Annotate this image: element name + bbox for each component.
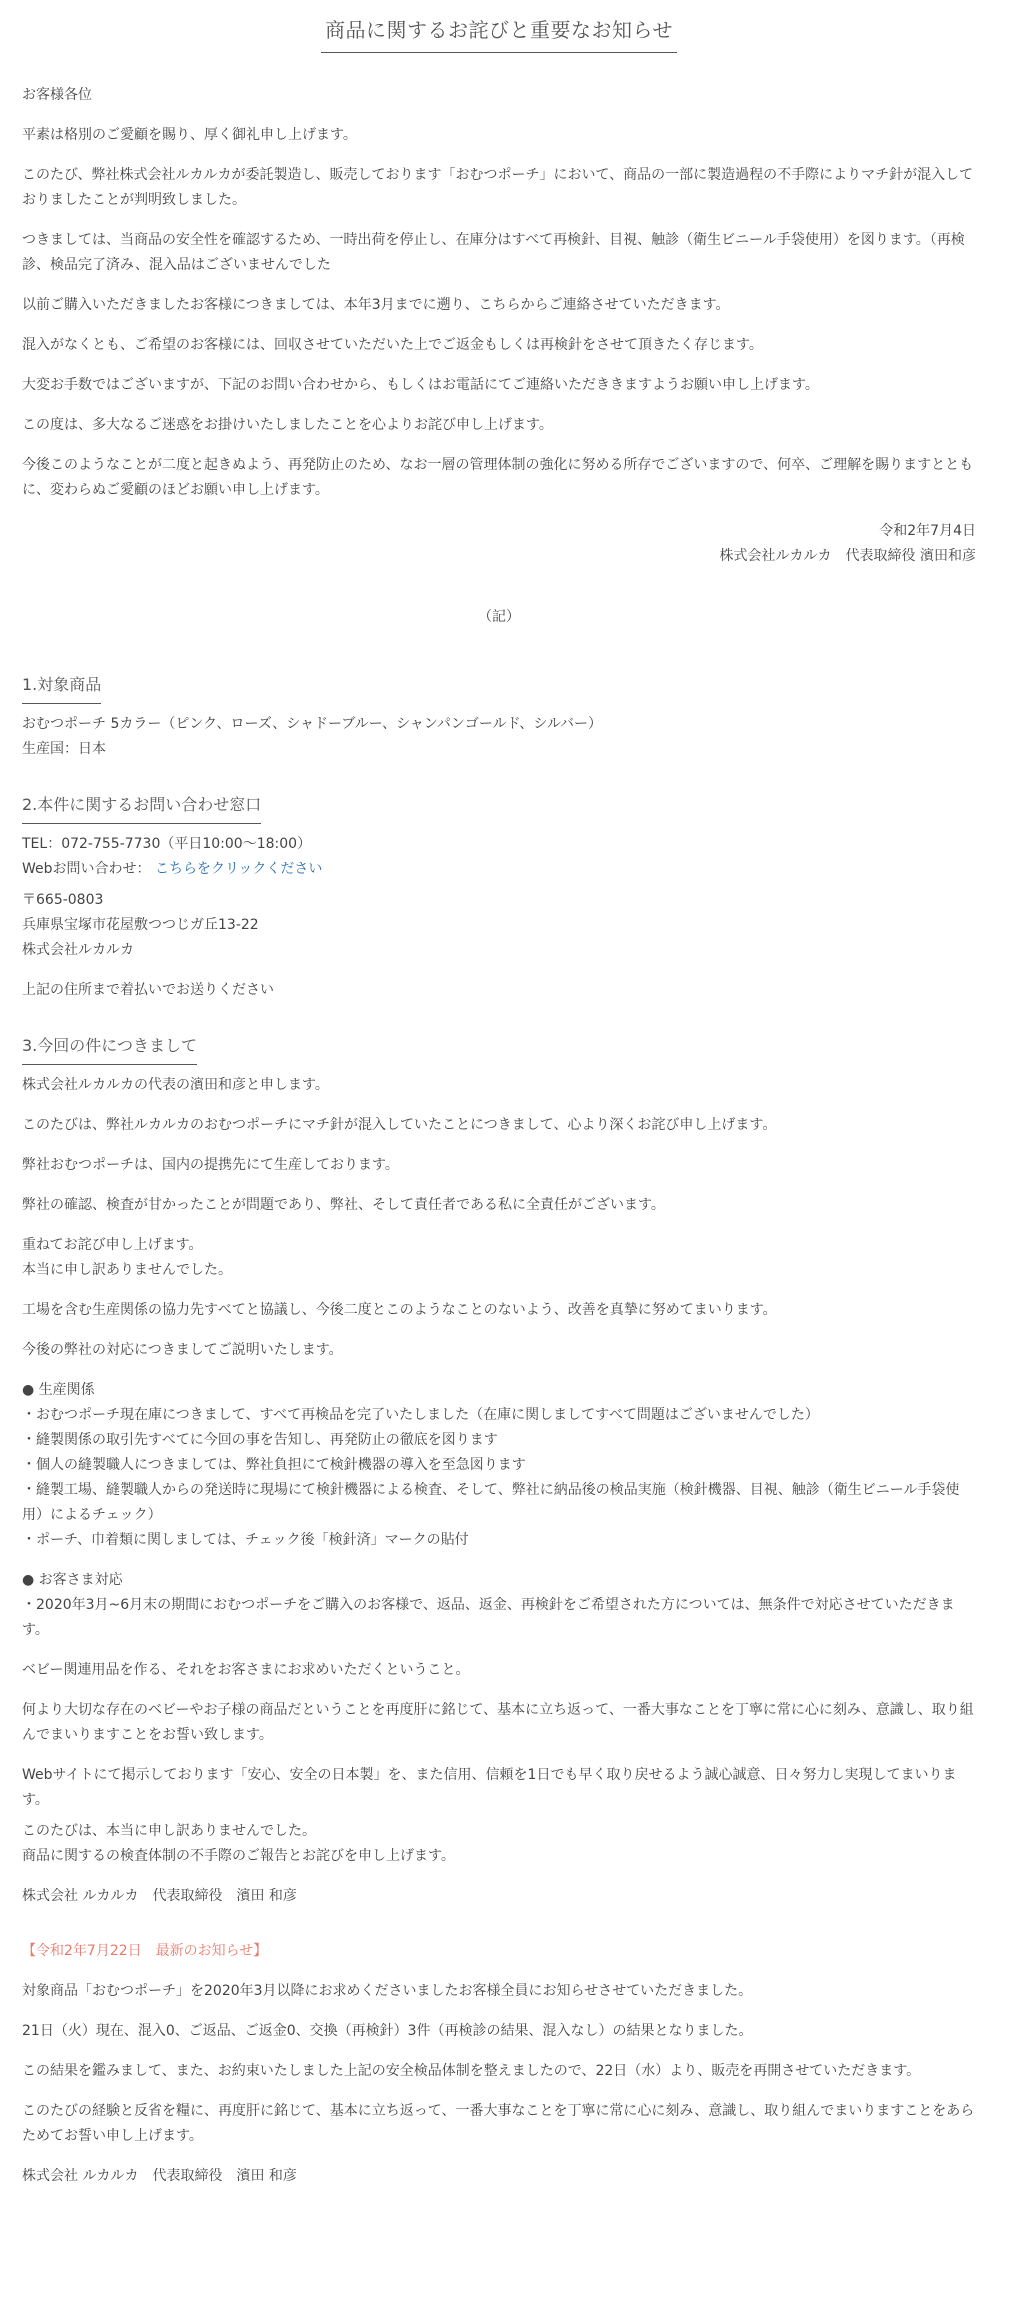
intro-signature: 株式会社ルカルカ 代表取締役 濱田和彦 <box>22 544 976 569</box>
closing-line: このたびは、本当に申し訳ありませんでした。 <box>22 1819 976 1844</box>
production-heading: ● 生産関係 <box>22 1378 976 1403</box>
section-target-product: 1.対象商品 おむつポーチ 5カラー（ピンク、ローズ、シャドーブルー、シャンパン… <box>22 630 976 762</box>
apology-line: 重ねてお詫び申し上げます。 <box>22 1233 976 1258</box>
production-measures: ● 生産関係 ・おむつポーチ現在庫につきまして、すべて再検品を完了いたしました（… <box>22 1378 976 1553</box>
ki-marker: （記） <box>22 605 976 630</box>
section-heading: 1.対象商品 <box>22 672 101 704</box>
intro-paragraph: つきましては、当商品の安全性を確認するため、一時出荷を停止し、在庫分はすべて再検… <box>22 228 976 278</box>
product-line: おむつポーチ 5カラー（ピンク、ローズ、シャドーブルー、シャンパンゴールド、シル… <box>22 712 976 737</box>
production-item: ・個人の縫製職人につきましては、弊社負担にて検針機器の導入を至急図ります <box>22 1453 976 1478</box>
tel-line: TEL：072-755-7730（平日10:00～18:00） <box>22 832 976 857</box>
intro-paragraph: 今後このようなことが二度と起きぬよう、再発防止のため、なお一層の管理体制の強化に… <box>22 453 976 503</box>
address: 兵庫県宝塚市花屋敷つつじガ丘13-22 <box>22 913 976 938</box>
statement-paragraph: 何より大切な存在のベビーやお子様の商品だということを再度肝に銘じて、基本に立ち返… <box>22 1698 976 1748</box>
notice-date: 令和2年7月4日 <box>22 519 976 544</box>
intro-paragraph: 大変お手数ではございますが、下記のお問い合わせから、もしくはお電話にてご連絡いた… <box>22 373 976 398</box>
company-name: 株式会社ルカルカ <box>22 938 976 963</box>
section-heading: 2.本件に関するお問い合わせ窓口 <box>22 792 261 824</box>
web-contact-link[interactable]: こちらをクリックください <box>155 861 322 877</box>
closing-lines: このたびは、本当に申し訳ありませんでした。 商品に関するの検査体制の不手際のご報… <box>22 1819 976 1869</box>
intro-paragraph: このたび、弊社株式会社ルカルカが委託製造し、販売しております「おむつポーチ」にお… <box>22 163 976 213</box>
production-item: ・縫製関係の取引先すべてに今回の事を告知し、再発防止の徹底を図ります <box>22 1428 976 1453</box>
web-contact-line: Webお問い合わせ： こちらをクリックください <box>22 857 976 882</box>
update-paragraph: 21日（火）現在、混入0、ご返品、ご返金0、交換（再検針）3件（再検診の結果、混… <box>22 2019 976 2044</box>
greeting: お客様各位 <box>22 83 976 108</box>
update-signature: 株式会社 ルカルカ 代表取締役 濱田 和彦 <box>22 2164 976 2189</box>
origin-line: 生産国：日本 <box>22 737 976 762</box>
page-title: 商品に関するお詫びと重要なお知らせ <box>321 14 677 53</box>
intro-paragraph: 平素は格別のご愛顧を賜り、厚く御礼申し上げます。 <box>22 123 976 148</box>
apology-line: 本当に申し訳ありませんでした。 <box>22 1258 976 1283</box>
statement-paragraph: このたびは、弊社ルカルカのおむつポーチにマチ針が混入していたことにつきまして、心… <box>22 1113 976 1138</box>
intro-paragraph: 混入がなくとも、ご希望のお客様には、回収させていただいた上でご返金もしくは再検針… <box>22 333 976 358</box>
statement-signature: 株式会社 ルカルカ 代表取締役 濱田 和彦 <box>22 1884 976 1909</box>
section-statement: 3.今回の件につきまして 株式会社ルカルカの代表の濱田和彦と申します。 このたび… <box>22 1003 976 1909</box>
intro-signature-block: 令和2年7月4日 株式会社ルカルカ 代表取締役 濱田和彦 <box>22 519 976 569</box>
title-wrap: 商品に関するお詫びと重要なお知らせ <box>22 0 976 53</box>
section-contact: 2.本件に関するお問い合わせ窓口 TEL：072-755-7730（平日10:0… <box>22 762 976 1003</box>
apology-lines: 重ねてお詫び申し上げます。 本当に申し訳ありませんでした。 <box>22 1233 976 1283</box>
web-contact-label: Webお問い合わせ： <box>22 861 151 877</box>
customer-heading: ● お客さま対応 <box>22 1568 976 1593</box>
postal-code: 〒665-0803 <box>22 888 976 913</box>
latest-update: 【令和2年7月22日 最新のお知らせ】 対象商品「おむつポーチ」を2020年3月… <box>22 1939 976 2189</box>
statement-paragraph: 今後の弊社の対応につきましてご説明いたします。 <box>22 1338 976 1363</box>
shipping-note: 上記の住所まで着払いでお送りください <box>22 978 976 1003</box>
production-item: ・おむつポーチ現在庫につきまして、すべて再検品を完了いたしました（在庫に関しまし… <box>22 1403 976 1428</box>
statement-paragraph: 工場を含む生産関係の協力先すべてと協議し、今後二度とこのようなことのないよう、改… <box>22 1298 976 1323</box>
statement-paragraph: ベビー関連用品を作る、それをお客さまにお求めいただくということ。 <box>22 1658 976 1683</box>
update-heading: 【令和2年7月22日 最新のお知らせ】 <box>22 1939 976 1964</box>
production-item: ・ポーチ、巾着類に関しましては、チェック後「検針済」マークの貼付 <box>22 1528 976 1553</box>
production-item: ・縫製工場、縫製職人からの発送時に現場にて検針機器による検査、そして、弊社に納品… <box>22 1478 976 1528</box>
update-paragraph: この結果を鑑みまして、また、お約束いたしました上記の安全検品体制を整えましたので… <box>22 2059 976 2084</box>
update-paragraph: このたびの経験と反省を糧に、再度肝に銘じて、基本に立ち返って、一番大事なことを丁… <box>22 2099 976 2149</box>
update-paragraph: 対象商品「おむつポーチ」を2020年3月以降にお求めくださいましたお客様全員にお… <box>22 1979 976 2004</box>
section-heading: 3.今回の件につきまして <box>22 1033 197 1065</box>
intro-paragraph: この度は、多大なるご迷惑をお掛けいたしましたことを心よりお詫び申し上げます。 <box>22 413 976 438</box>
statement-paragraph: 弊社の確認、検査が甘かったことが問題であり、弊社、そして責任者である私に全責任が… <box>22 1193 976 1218</box>
statement-paragraph: 株式会社ルカルカの代表の濱田和彦と申します。 <box>22 1073 976 1098</box>
intro-paragraph: 以前ご購入いただきましたお客様につきましては、本年3月までに遡り、こちらからご連… <box>22 293 976 318</box>
notice-page: 商品に関するお詫びと重要なお知らせ お客様各位 平素は格別のご愛顧を賜り、厚く御… <box>0 0 1028 2189</box>
customer-item: ・2020年3月~6月末の期間におむつポーチをご購入のお客様で、返品、返金、再検… <box>22 1593 976 1643</box>
closing-line: 商品に関するの検査体制の不手際のご報告とお詫びを申し上げます。 <box>22 1844 976 1869</box>
statement-paragraph: 弊社おむつポーチは、国内の提携先にて生産しております。 <box>22 1153 976 1178</box>
customer-measures: ● お客さま対応 ・2020年3月~6月末の期間におむつポーチをご購入のお客様で… <box>22 1568 976 1643</box>
statement-paragraph: Webサイトにて掲示しております「安心、安全の日本製」を、また信用、信頼を1日で… <box>22 1763 976 1813</box>
